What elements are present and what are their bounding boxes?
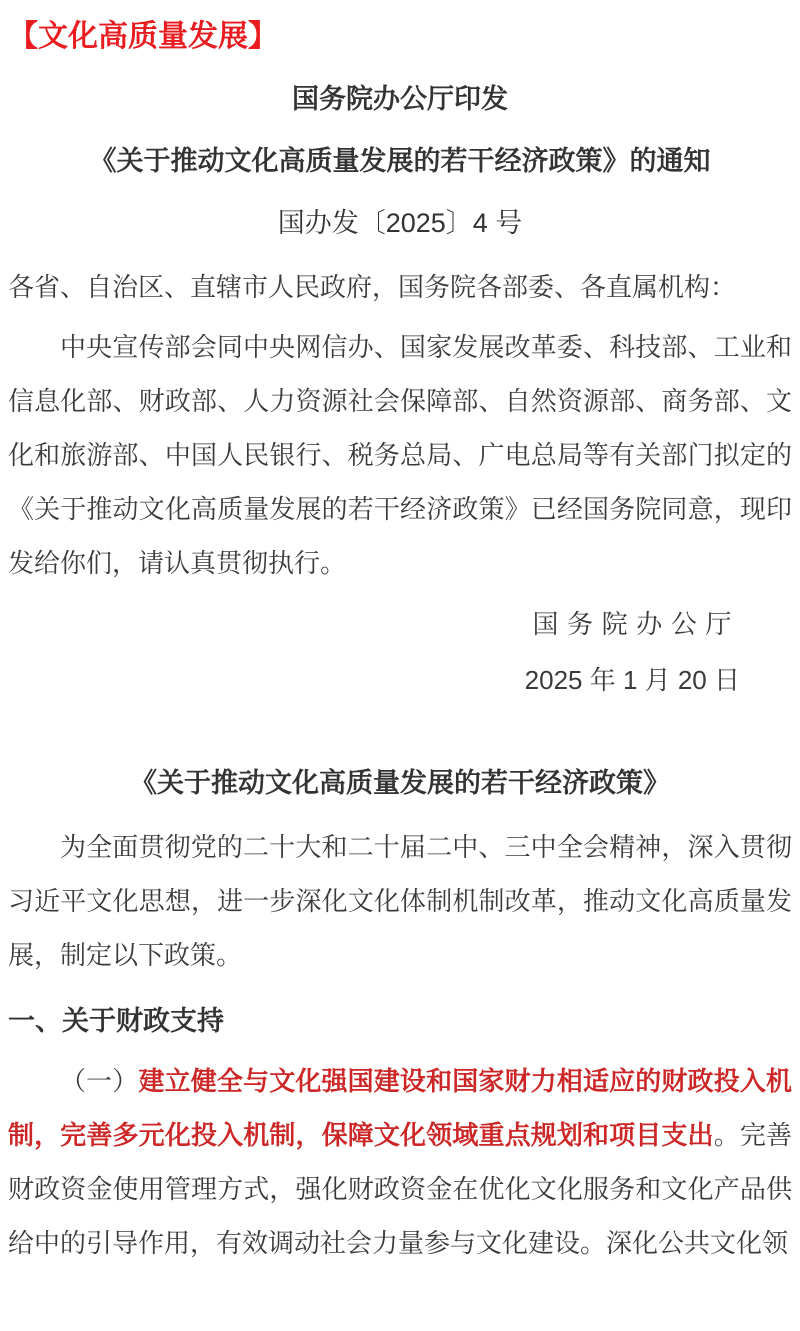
section-1-heading: 一、关于财政支持 <box>8 994 792 1048</box>
notice-title: 《关于推动文化高质量发展的若干经济政策》的通知 <box>8 130 792 192</box>
policy-preamble-paragraph: 为全面贯彻党的二十大和二十届二中、三中全会精神，深入贯彻习近平文化思想，进一步深… <box>8 820 792 982</box>
signature-date: 2025 年 1 月 20 日 <box>8 652 792 708</box>
category-tag: 【文化高质量发展】 <box>8 6 792 68</box>
document-number: 国办发〔2025〕4 号 <box>8 192 792 254</box>
policy-document-title: 《关于推动文化高质量发展的若干经济政策》 <box>8 756 792 810</box>
signature-issuer: 国务院办公厅 <box>8 596 792 652</box>
notice-issuer-line: 国务院办公厅印发 <box>8 68 792 130</box>
document-page: 【文化高质量发展】 国务院办公厅印发 《关于推动文化高质量发展的若干经济政策》的… <box>0 0 800 1310</box>
salutation-line: 各省、自治区、直辖市人民政府，国务院各部委、各直属机构： <box>8 260 792 314</box>
notice-body-paragraph: 中央宣传部会同中央网信办、国家发展改革委、科技部、工业和信息化部、财政部、人力资… <box>8 320 792 590</box>
policy-item-1-paragraph: （一）建立健全与文化强国建设和国家财力相适应的财政投入机制，完善多元化投入机制，… <box>8 1054 792 1270</box>
text-segment-normal: （一） <box>60 1066 138 1096</box>
